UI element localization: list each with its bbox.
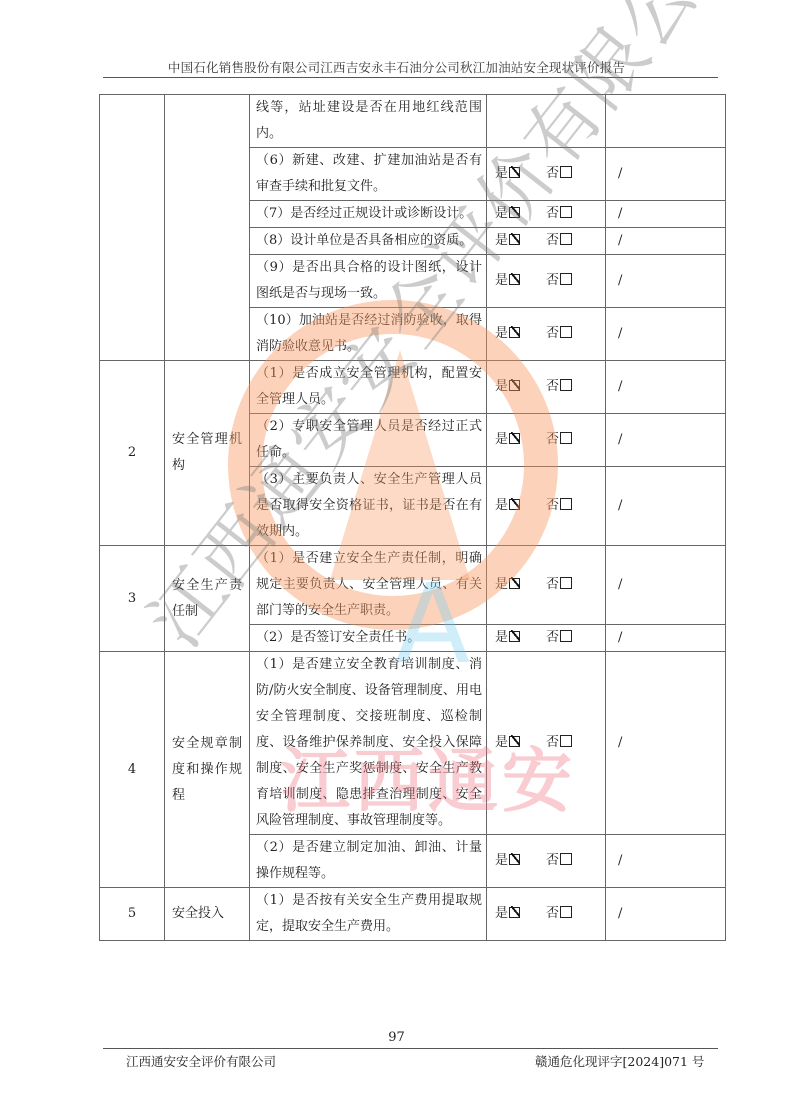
answer-cell: 是否 — [487, 361, 606, 414]
yes-option[interactable]: 是 — [495, 321, 520, 347]
category-cell — [165, 95, 250, 361]
check-item: （1）是否成立安全管理机构，配置安全管理人员。 — [250, 361, 487, 414]
check-item: （1）是否建立安全生产责任制，明确规定主要负责人、安全管理人员、有关部门等的安全… — [250, 546, 487, 625]
section-category: 安全规章制度和操作规程 — [165, 652, 250, 888]
answer-cell: 是否 — [487, 414, 606, 467]
no-label: 否 — [546, 498, 559, 513]
no-label: 否 — [546, 906, 559, 921]
yes-label: 是 — [495, 166, 508, 181]
answer-cell: 是否 — [487, 625, 606, 652]
empty-box-icon[interactable] — [560, 498, 572, 510]
check-item: （9）是否出具合格的设计图纸，设计图纸是否与现场一致。 — [250, 255, 487, 308]
empty-box-icon[interactable] — [560, 273, 572, 285]
checked-box-icon[interactable] — [509, 907, 520, 918]
no-option[interactable]: 否 — [546, 848, 572, 874]
section-number: 2 — [100, 361, 165, 546]
no-option[interactable]: 否 — [546, 625, 572, 651]
section-number-cell — [100, 95, 165, 361]
answer-cell: 是否 — [487, 835, 606, 888]
empty-box-icon[interactable] — [560, 577, 572, 589]
answer-cell: 是否 — [487, 148, 606, 201]
category-label: 安全管理机构 — [172, 427, 242, 479]
no-option[interactable]: 否 — [546, 374, 572, 400]
category-label: 安全生产责任制 — [172, 573, 242, 625]
answer-cell: 是否 — [487, 888, 606, 941]
empty-box-icon[interactable] — [560, 166, 572, 178]
checked-box-icon[interactable] — [509, 433, 520, 444]
empty-box-icon[interactable] — [560, 432, 572, 444]
empty-box-icon[interactable] — [560, 630, 572, 642]
no-option[interactable]: 否 — [546, 228, 572, 254]
answer-cell: 是否 — [487, 308, 606, 361]
answer-cell: 是否 — [487, 546, 606, 625]
yes-option[interactable]: 是 — [495, 374, 520, 400]
remark-cell: / — [606, 228, 726, 255]
no-label: 否 — [546, 166, 559, 181]
section-category: 安全生产责任制 — [165, 546, 250, 652]
empty-box-icon[interactable] — [560, 735, 572, 747]
yes-option[interactable]: 是 — [495, 901, 520, 927]
remark-cell — [606, 95, 726, 148]
yes-option[interactable]: 是 — [495, 201, 520, 227]
yes-label: 是 — [495, 906, 508, 921]
yes-option[interactable]: 是 — [495, 427, 520, 453]
empty-box-icon[interactable] — [560, 379, 572, 391]
check-item: （2）专职安全管理人员是否经过正式任命。 — [250, 414, 487, 467]
remark-cell: / — [606, 414, 726, 467]
remark-cell: / — [606, 467, 726, 546]
no-option[interactable]: 否 — [546, 161, 572, 187]
answer-cell: 是否 — [487, 228, 606, 255]
remark-cell: / — [606, 201, 726, 228]
yes-option[interactable]: 是 — [495, 730, 520, 756]
answer-cell: 是否 — [487, 467, 606, 546]
section-number: 3 — [100, 546, 165, 652]
checked-box-icon[interactable] — [509, 274, 520, 285]
section-number: 5 — [100, 888, 165, 941]
table-row: 3安全生产责任制（1）是否建立安全生产责任制，明确规定主要负责人、安全管理人员、… — [100, 546, 726, 625]
no-label: 否 — [546, 853, 559, 868]
empty-box-icon[interactable] — [560, 326, 572, 338]
answer-cell — [487, 95, 606, 148]
empty-box-icon[interactable] — [560, 206, 572, 218]
checked-box-icon[interactable] — [509, 207, 520, 218]
no-option[interactable]: 否 — [546, 201, 572, 227]
checked-box-icon[interactable] — [509, 499, 520, 510]
yes-label: 是 — [495, 735, 508, 750]
checked-box-icon[interactable] — [509, 234, 520, 245]
no-label: 否 — [546, 735, 559, 750]
remark-cell: / — [606, 255, 726, 308]
empty-box-icon[interactable] — [560, 853, 572, 865]
no-label: 否 — [546, 630, 559, 645]
yes-option[interactable]: 是 — [495, 493, 520, 519]
report-header-title: 中国石化销售股份有限公司江西吉安永丰石油分公司秋江加油站安全现状评价报告 — [0, 58, 793, 76]
header-rule — [103, 77, 718, 78]
no-option[interactable]: 否 — [546, 493, 572, 519]
yes-label: 是 — [495, 273, 508, 288]
yes-label: 是 — [495, 577, 508, 592]
yes-option[interactable]: 是 — [495, 848, 520, 874]
checked-box-icon[interactable] — [509, 854, 520, 865]
check-item: （7）是否经过正规设计或诊断设计。 — [250, 201, 487, 228]
yes-option[interactable]: 是 — [495, 268, 520, 294]
checked-box-icon[interactable] — [509, 631, 520, 642]
remark-cell: / — [606, 652, 726, 835]
remark-cell: / — [606, 308, 726, 361]
check-item: （1）是否建立安全教育培训制度、消防/防火安全制度、设备管理制度、用电安全管理制… — [250, 652, 487, 835]
check-item: （8）设计单位是否具备相应的资质。 — [250, 228, 487, 255]
category-label: 安全投入 — [172, 901, 242, 927]
yes-label: 是 — [495, 233, 508, 248]
remark-cell: / — [606, 625, 726, 652]
no-label: 否 — [546, 273, 559, 288]
table-row: 4安全规章制度和操作规程（1）是否建立安全教育培训制度、消防/防火安全制度、设备… — [100, 652, 726, 835]
answer-cell: 是否 — [487, 652, 606, 835]
check-item: （2）是否签订安全责任书。 — [250, 625, 487, 652]
table-row: 线等，站址建设是否在用地红线范围内。 — [100, 95, 726, 148]
yes-option[interactable]: 是 — [495, 625, 520, 651]
category-label: 安全规章制度和操作规程 — [172, 731, 242, 809]
no-label: 否 — [546, 379, 559, 394]
safety-checklist-table: 线等，站址建设是否在用地红线范围内。（6）新建、改建、扩建加油站是否有审查手续和… — [99, 94, 726, 941]
remark-cell: / — [606, 546, 726, 625]
no-label: 否 — [546, 206, 559, 221]
remark-cell: / — [606, 888, 726, 941]
yes-option[interactable]: 是 — [495, 161, 520, 187]
no-option[interactable]: 否 — [546, 321, 572, 347]
yes-option[interactable]: 是 — [495, 228, 520, 254]
checked-box-icon[interactable] — [509, 167, 520, 178]
empty-box-icon[interactable] — [560, 906, 572, 918]
checked-box-icon[interactable] — [509, 327, 520, 338]
no-option[interactable]: 否 — [546, 730, 572, 756]
table-row: 2安全管理机构（1）是否成立安全管理机构，配置安全管理人员。是否/ — [100, 361, 726, 414]
no-option[interactable]: 否 — [546, 572, 572, 598]
checked-box-icon[interactable] — [509, 380, 520, 391]
check-item: （10）加油站是否经过消防验收，取得消防验收意见书。 — [250, 308, 487, 361]
section-category: 安全投入 — [165, 888, 250, 941]
no-label: 否 — [546, 432, 559, 447]
page-number: 97 — [0, 1030, 793, 1045]
no-label: 否 — [546, 326, 559, 341]
section-category: 安全管理机构 — [165, 361, 250, 546]
check-item: （2）是否建立制定加油、卸油、计量操作规程等。 — [250, 835, 487, 888]
remark-cell: / — [606, 835, 726, 888]
table-row: 5安全投入（1）是否按有关安全生产费用提取规定，提取安全生产费用。是否/ — [100, 888, 726, 941]
yes-label: 是 — [495, 630, 508, 645]
footer-rule — [103, 1048, 718, 1049]
empty-box-icon[interactable] — [560, 233, 572, 245]
yes-label: 是 — [495, 853, 508, 868]
answer-cell: 是否 — [487, 255, 606, 308]
checked-box-icon[interactable] — [509, 578, 520, 589]
footer-company: 江西通安安全评价有限公司 — [126, 1052, 276, 1070]
remark-cell: / — [606, 148, 726, 201]
yes-option[interactable]: 是 — [495, 572, 520, 598]
check-item: 线等，站址建设是否在用地红线范围内。 — [250, 95, 487, 148]
no-option[interactable]: 否 — [546, 427, 572, 453]
no-label: 否 — [546, 577, 559, 592]
no-label: 否 — [546, 233, 559, 248]
checked-box-icon[interactable] — [509, 736, 520, 747]
yes-label: 是 — [495, 326, 508, 341]
answer-cell: 是否 — [487, 201, 606, 228]
check-item: （1）是否按有关安全生产费用提取规定，提取安全生产费用。 — [250, 888, 487, 941]
section-number: 4 — [100, 652, 165, 888]
no-option[interactable]: 否 — [546, 268, 572, 294]
yes-label: 是 — [495, 379, 508, 394]
yes-label: 是 — [495, 432, 508, 447]
check-item: （3）主要负责人、安全生产管理人员是否取得安全资格证书，证书是否在有效期内。 — [250, 467, 487, 546]
yes-label: 是 — [495, 206, 508, 221]
no-option[interactable]: 否 — [546, 901, 572, 927]
remark-cell: / — [606, 361, 726, 414]
footer-doc-number: 赣通危化现评字[2024]071 号 — [535, 1052, 704, 1070]
yes-label: 是 — [495, 498, 508, 513]
check-item: （6）新建、改建、扩建加油站是否有审查手续和批复文件。 — [250, 148, 487, 201]
